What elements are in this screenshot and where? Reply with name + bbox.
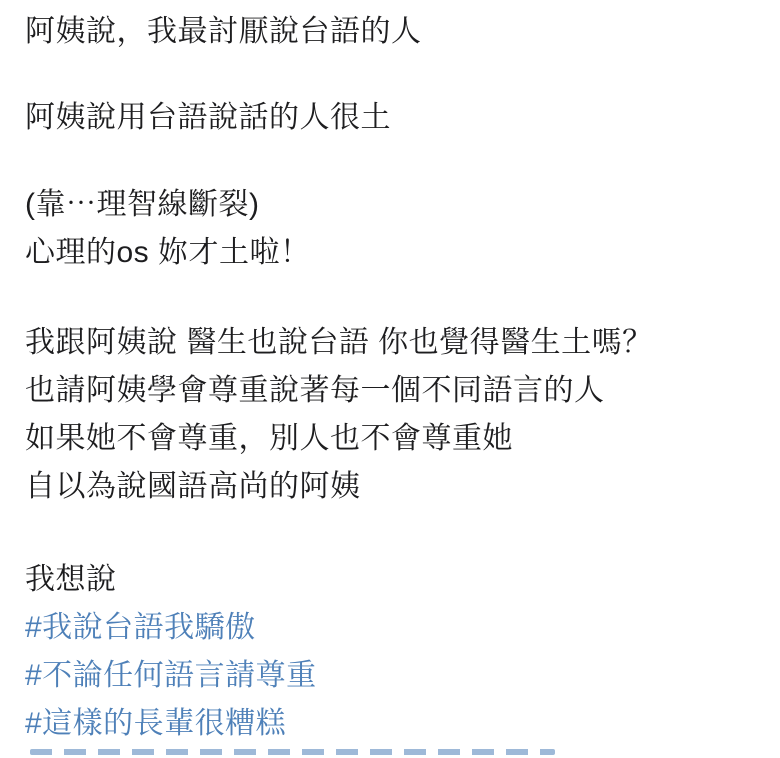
paragraph-2: 阿姨說用台語說話的人很土 bbox=[25, 94, 760, 142]
post-text-line: 我跟阿姨說 醫生也說台語 你也覺得醫生土嗎？ bbox=[25, 319, 760, 367]
cutoff-hashtag-sliver bbox=[30, 749, 555, 755]
paragraph-5: 我想說 bbox=[25, 556, 760, 604]
post-text-line: 阿姨說用台語說話的人很土 bbox=[25, 94, 760, 142]
post-text-line: 自以為說國語高尚的阿姨 bbox=[25, 463, 760, 511]
post-text-line: 也請阿姨學會尊重說著每一個不同語言的人 bbox=[25, 367, 760, 415]
post-body: 阿姨說，我最討厭說台語的人 阿姨說用台語說話的人很土 (靠⋯理智線斷裂) 心理的… bbox=[0, 0, 780, 755]
hashtag-list: #我說台語我驕傲 #不論任何語言請尊重 #這樣的長輩很糟糕 bbox=[25, 604, 760, 748]
post-text-line: 心理的os 妳才土啦！ bbox=[25, 229, 760, 277]
hashtag-link-2[interactable]: #不論任何語言請尊重 bbox=[25, 652, 760, 700]
paragraph-1: 阿姨說，我最討厭說台語的人 bbox=[25, 8, 760, 56]
paragraph-3: (靠⋯理智線斷裂) 心理的os 妳才土啦！ bbox=[25, 181, 760, 277]
post-text-line: 阿姨說，我最討厭說台語的人 bbox=[25, 8, 760, 56]
post-text-line: (靠⋯理智線斷裂) bbox=[25, 181, 760, 229]
hashtag-link-3[interactable]: #這樣的長輩很糟糕 bbox=[25, 700, 760, 748]
hashtag-link-1[interactable]: #我說台語我驕傲 bbox=[25, 604, 760, 652]
paragraph-4: 我跟阿姨說 醫生也說台語 你也覺得醫生土嗎？ 也請阿姨學會尊重說著每一個不同語言… bbox=[25, 319, 760, 511]
post-text-line: 我想說 bbox=[25, 556, 760, 604]
post-text-line: 如果她不會尊重，別人也不會尊重她 bbox=[25, 415, 760, 463]
